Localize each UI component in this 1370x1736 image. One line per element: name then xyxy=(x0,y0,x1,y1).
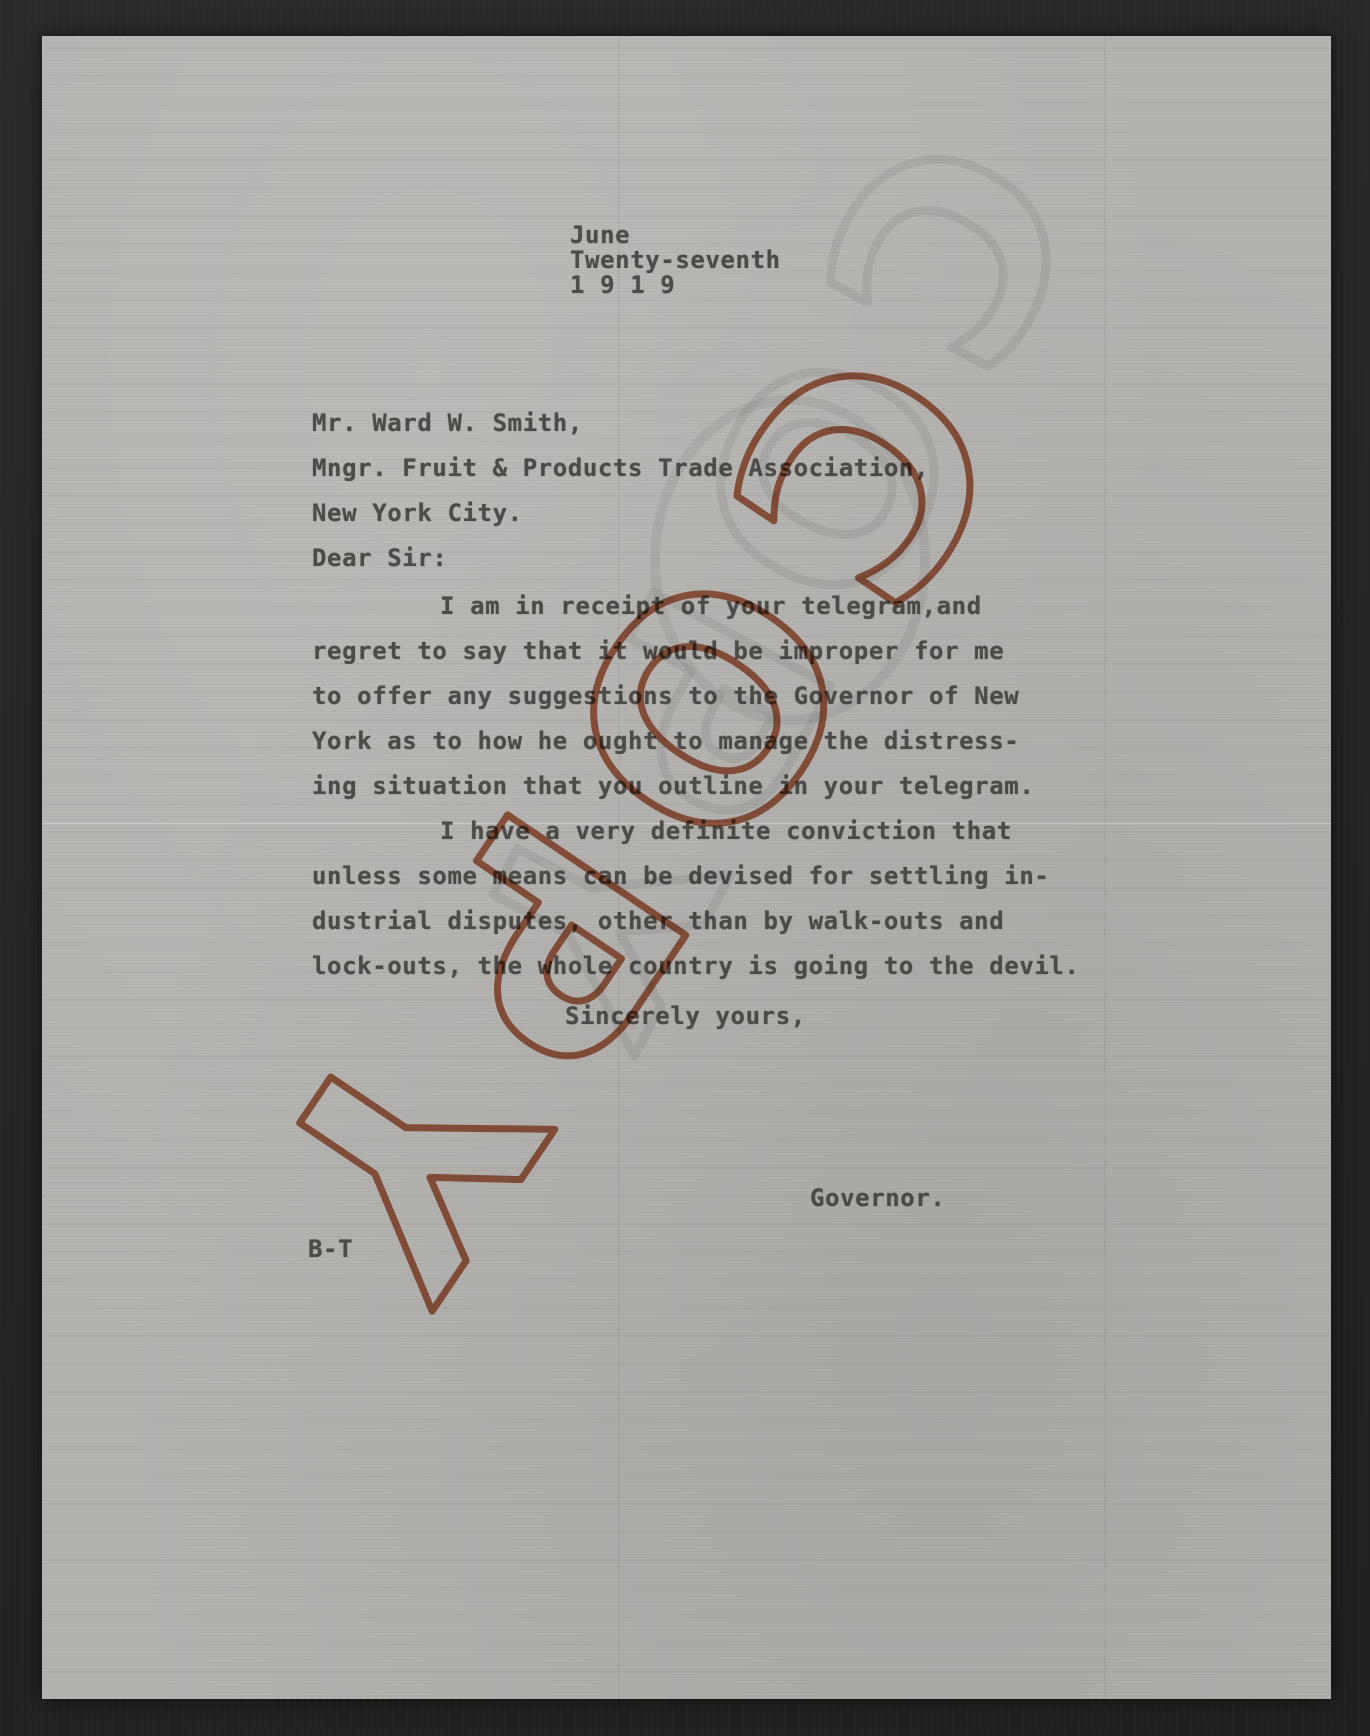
copy-stamp: COPY xyxy=(171,286,1065,1381)
stamp-layer: COPY xyxy=(0,0,1370,1736)
